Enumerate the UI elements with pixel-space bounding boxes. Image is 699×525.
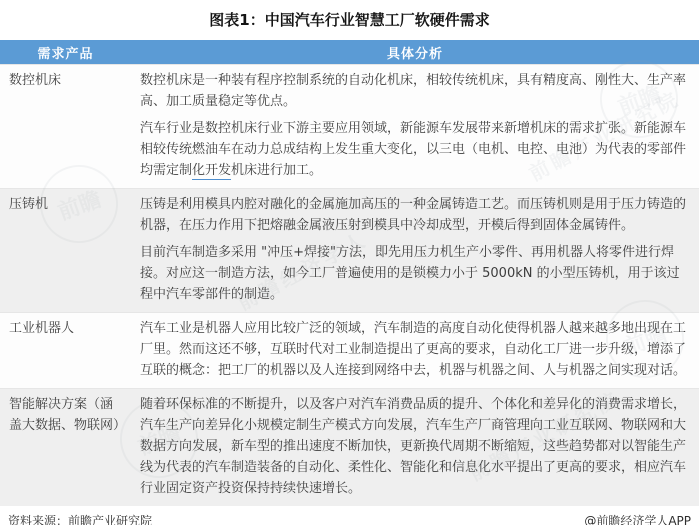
analysis-paragraph: 目前汽车制造多采用 "冲压+焊接"方法，即先用压力机生产小零件、再用机器人将零件…: [140, 242, 691, 305]
product-cell: 智能解决方案（涵盖大数据、物联网）: [0, 389, 131, 507]
analysis-cell: 压铸是利用模具内腔对融化的金属施加高压的一种金属铸造工艺。而压铸机则是用于压力铸…: [131, 189, 699, 313]
analysis-paragraph: 压铸是利用模具内腔对融化的金属施加高压的一种金属铸造工艺。而压铸机则是用于压力铸…: [140, 194, 691, 236]
product-cell: 压铸机: [0, 189, 131, 313]
page-footer: 资料来源：前瞻产业研究院 @前瞻经济学人APP: [0, 506, 699, 525]
analysis-paragraph: 随着环保标准的不断提升，以及客户对汽车消费品质的提升、个体化和差异化的消费需求增…: [140, 394, 691, 499]
table-row: 工业机器人 汽车工业是机器人应用比较广泛的领域，汽车制造的高度自动化使得机器人越…: [0, 313, 699, 389]
table-row: 数控机床 数控机床是一种装有程序控制系统的自动化机床，相较传统机床，具有精度高、…: [0, 65, 699, 189]
page: { "title": "图表1：中国汽车行业智慧工厂软硬件需求", "color…: [0, 0, 699, 525]
table-row: 智能解决方案（涵盖大数据、物联网） 随着环保标准的不断提升，以及客户对汽车消费品…: [0, 389, 699, 507]
data-source-label: 资料来源：前瞻产业研究院: [8, 512, 152, 525]
analysis-cell: 随着环保标准的不断提升，以及客户对汽车消费品质的提升、个体化和差异化的消费需求增…: [131, 389, 699, 507]
analysis-paragraph: 数控机床是一种装有程序控制系统的自动化机床，相较传统机床，具有精度高、刚性大、生…: [140, 70, 691, 112]
page-title: 图表1：中国汽车行业智慧工厂软硬件需求: [0, 0, 699, 40]
table-row: 压铸机 压铸是利用模具内腔对融化的金属施加高压的一种金属铸造工艺。而压铸机则是用…: [0, 189, 699, 313]
analysis-cell: 数控机床是一种装有程序控制系统的自动化机床，相较传统机床，具有精度高、刚性大、生…: [131, 65, 699, 189]
table-header-row: 需求产品 具体分析: [0, 40, 699, 65]
column-header-product: 需求产品: [0, 40, 131, 65]
brand-credit-label: @前瞻经济学人APP: [584, 512, 691, 525]
requirements-table: 需求产品 具体分析 数控机床 数控机床是一种装有程序控制系统的自动化机床，相较传…: [0, 40, 699, 506]
analysis-paragraph: 汽车工业是机器人应用比较广泛的领域，汽车制造的高度自动化使得机器人越来越多地出现…: [140, 318, 691, 381]
analysis-cell: 汽车工业是机器人应用比较广泛的领域，汽车制造的高度自动化使得机器人越来越多地出现…: [131, 313, 699, 389]
analysis-paragraph: 汽车行业是数控机床行业下游主要应用领域，新能源车发展带来新增机床的需求扩张。新能…: [140, 118, 691, 181]
paragraph-text: 机床进行加工。: [231, 163, 322, 178]
product-cell: 工业机器人: [0, 313, 131, 389]
product-cell: 数控机床: [0, 65, 131, 189]
underlined-term-link[interactable]: 化开发: [192, 163, 231, 180]
column-header-analysis: 具体分析: [131, 40, 699, 65]
